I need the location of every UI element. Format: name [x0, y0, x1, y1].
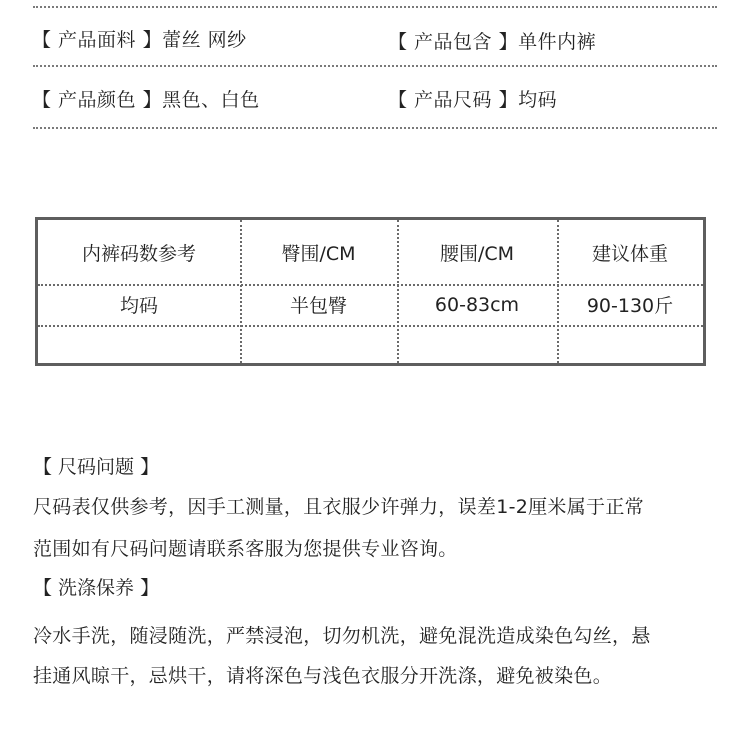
cell-size: 均码: [38, 284, 240, 325]
cell-hip: 半包臀: [240, 284, 397, 325]
cell-empty: [397, 325, 557, 363]
cell-waist: 60-83cm: [397, 284, 557, 325]
info-contents-value: 单件内裤: [518, 31, 596, 53]
table-row: [38, 325, 703, 363]
info-contents-label: 【 产品包含 】: [388, 31, 518, 53]
info-color: 【 产品颜色 】黑色、白色: [32, 88, 260, 112]
info-fabric: 【 产品面料 】蕾丝 网纱: [32, 28, 247, 52]
info-fabric-label: 【 产品面料 】: [32, 29, 162, 51]
info-contents: 【 产品包含 】单件内裤: [388, 30, 596, 54]
size-chart-table: 内裤码数参考 臀围/CM 腰围/CM 建议体重 均码 半包臀 60-83cm 9…: [35, 217, 706, 366]
size-note-heading: 【 尺码问题 】: [33, 452, 159, 479]
header-weight: 建议体重: [557, 220, 703, 284]
cell-empty: [557, 325, 703, 363]
info-color-label: 【 产品颜色 】: [32, 89, 162, 111]
info-size: 【 产品尺码 】均码: [388, 88, 557, 112]
header-waist: 腰围/CM: [397, 220, 557, 284]
care-note-line: 挂通风晾干，忌烘干，请将深色与浅色衣服分开洗涤，避免被染色。: [33, 661, 612, 688]
header-hip: 臀围/CM: [240, 220, 397, 284]
divider-top: [33, 6, 717, 8]
size-note-line: 尺码表仅供参考，因手工测量，且衣服少许弹力，误差1-2厘米属于正常: [33, 492, 644, 519]
header-size-ref: 内裤码数参考: [38, 220, 240, 284]
cell-empty: [38, 325, 240, 363]
cell-empty: [240, 325, 397, 363]
divider-bottom: [33, 127, 717, 129]
divider-middle: [33, 65, 717, 67]
info-size-value: 均码: [518, 89, 557, 111]
info-color-value: 黑色、白色: [162, 89, 260, 111]
size-note-line: 范围如有尺码问题请联系客服为您提供专业咨询。: [33, 534, 458, 561]
care-note-heading: 【 洗涤保养 】: [33, 573, 159, 600]
info-fabric-value: 蕾丝 网纱: [162, 29, 247, 51]
care-note-line: 冷水手洗，随浸随洗，严禁浸泡，切勿机洗，避免混洗造成染色勾丝，悬: [33, 621, 651, 648]
table-header-row: 内裤码数参考 臀围/CM 腰围/CM 建议体重: [38, 220, 703, 284]
table-row: 均码 半包臀 60-83cm 90-130斤: [38, 284, 703, 325]
info-size-label: 【 产品尺码 】: [388, 89, 518, 111]
cell-weight: 90-130斤: [557, 284, 703, 325]
